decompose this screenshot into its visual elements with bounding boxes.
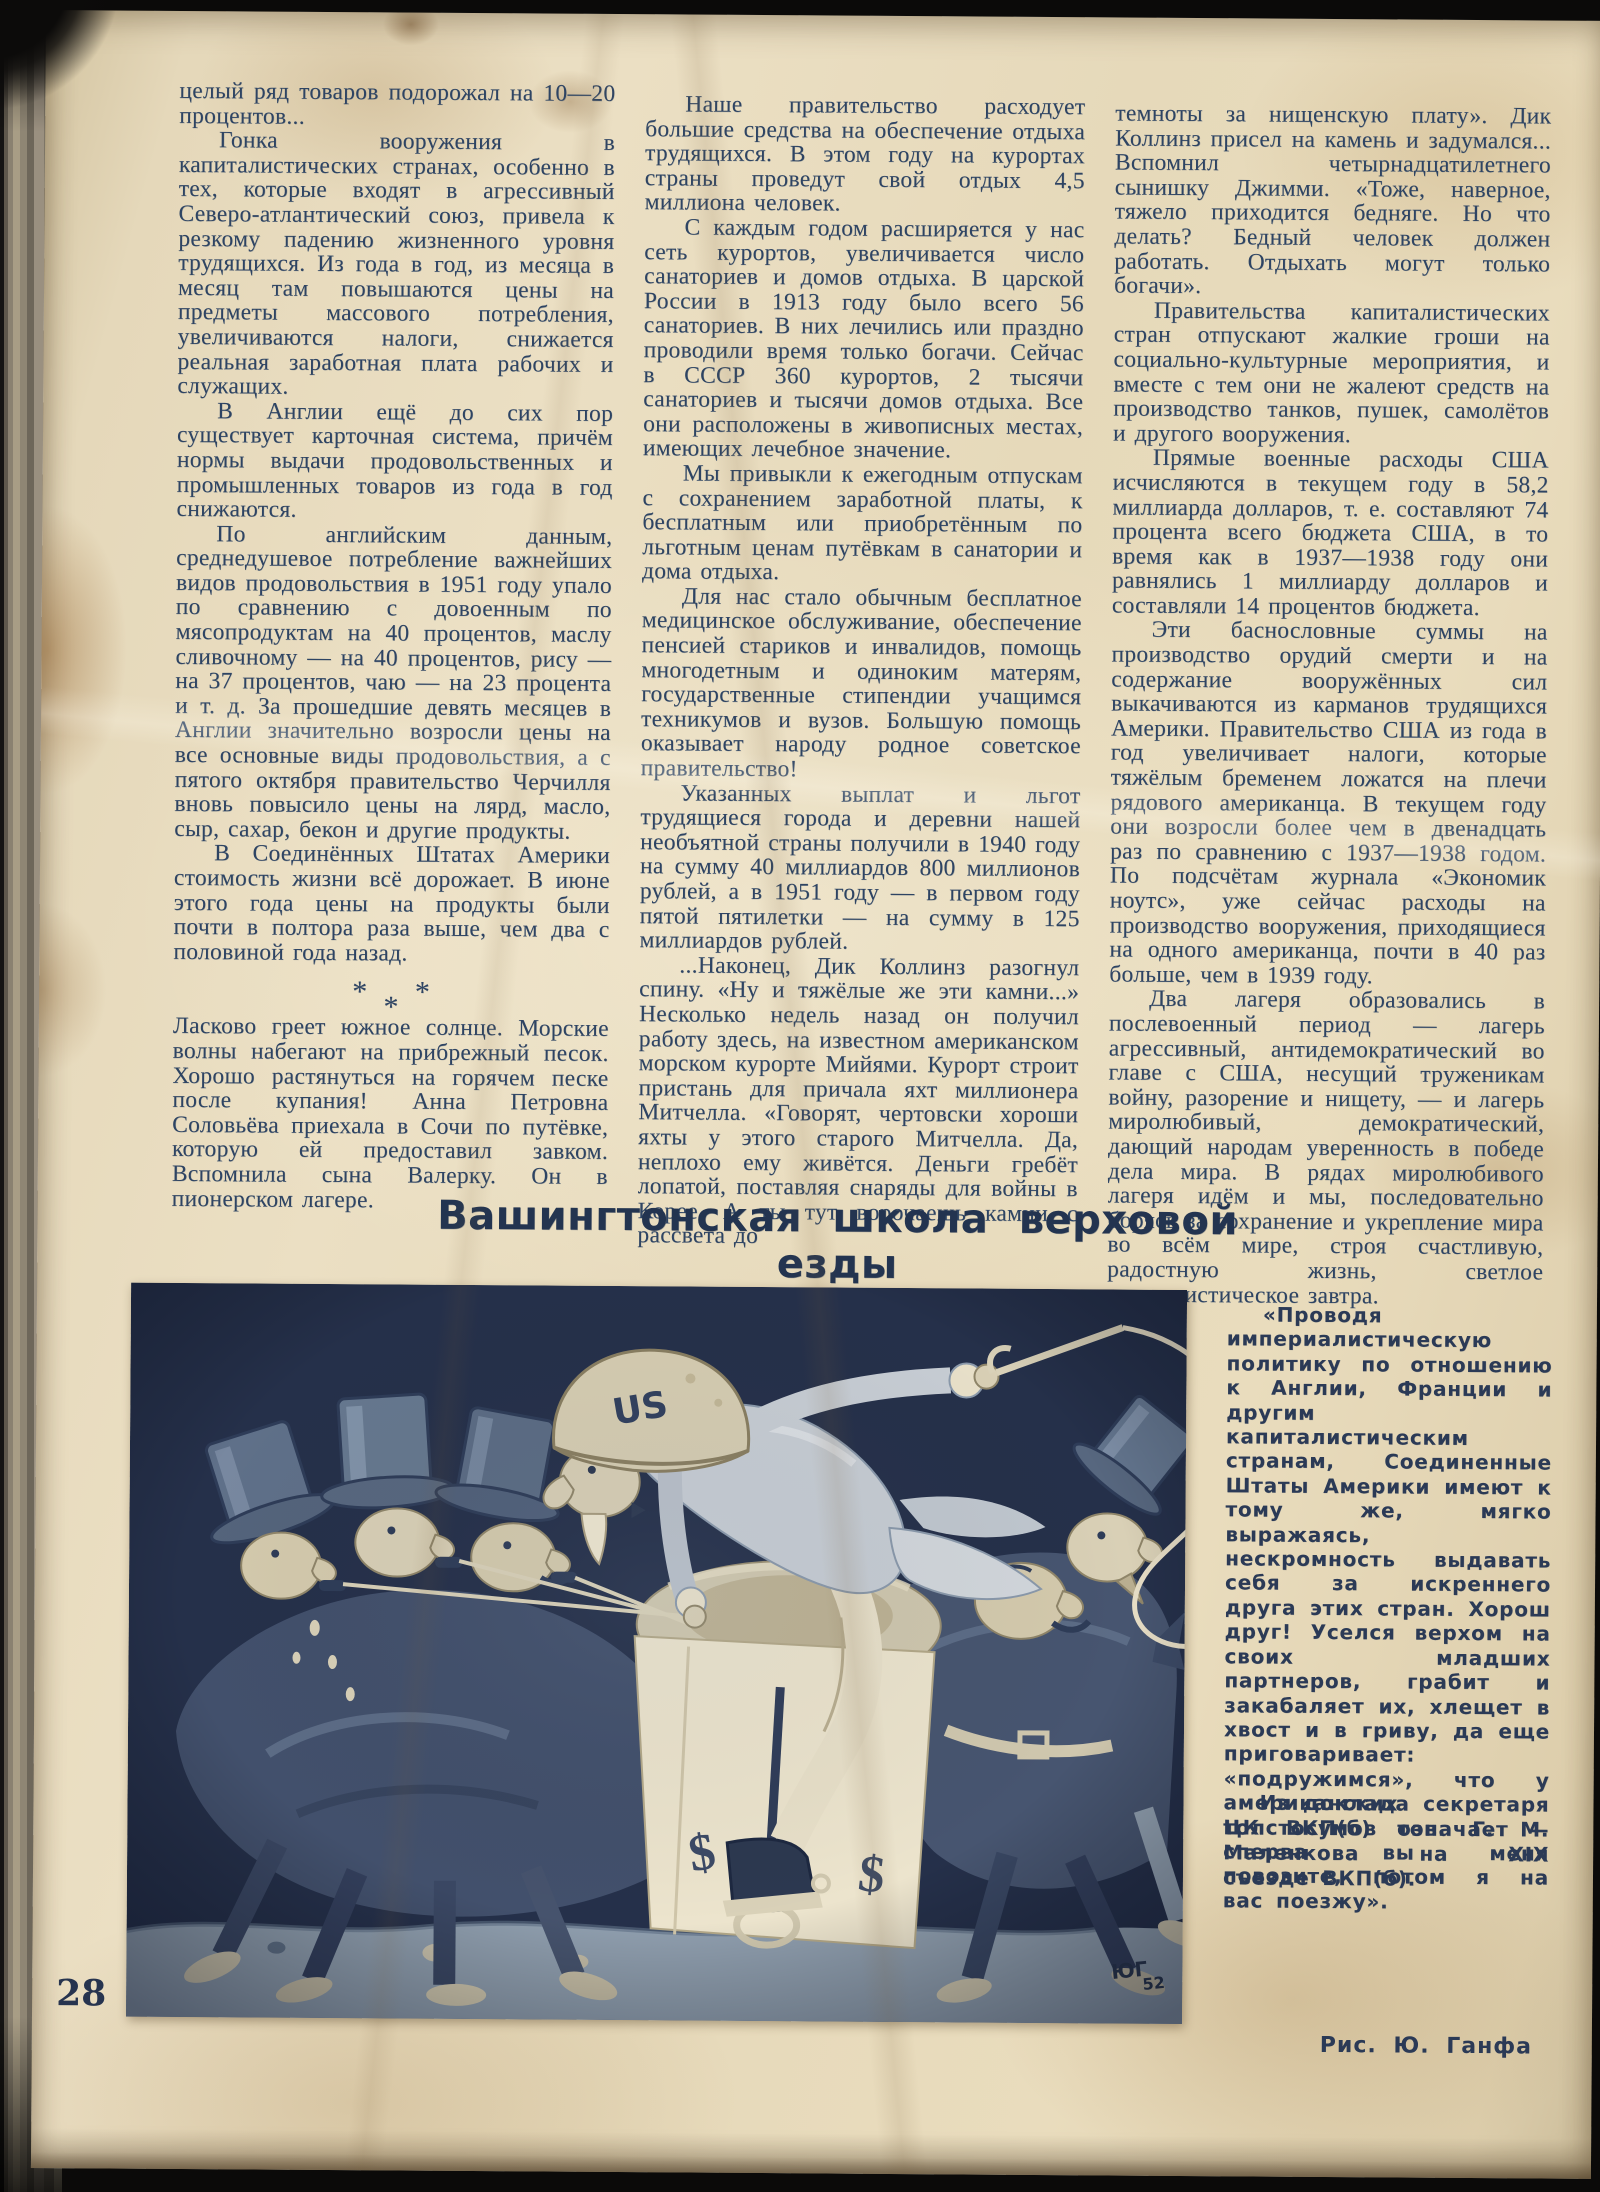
page-number: 28 (56, 1972, 106, 2014)
paragraph: В Англии ещё до сих пор существует карто… (176, 399, 613, 525)
paragraph: Прямые военные расходы США исчисляются в… (1112, 446, 1549, 621)
quote-attribution: Из доклада секретаря ЦК ВКП(б) тов. Г. М… (1223, 1790, 1550, 1892)
cartoon-artist-caption: Рис. Ю. Ганфа (1320, 2033, 1532, 2059)
paragraph: целый ряд товаров подорожал на 10—20 про… (179, 79, 615, 131)
paragraph: темноты за нищенскую плату». Дик Коллинз… (1114, 101, 1551, 301)
paragraph: В Соединённых Штатах Америки стоимость ж… (173, 841, 610, 967)
article-column-right: темноты за нищенскую плату». Дик Коллинз… (1107, 101, 1551, 1309)
asterisk: * (383, 997, 398, 1019)
paragraph: Гонка вооружения в капиталистических стр… (177, 128, 615, 402)
vignette-overlay (126, 1283, 1187, 2024)
paragraph: Наше правительство расходует большие сре… (645, 92, 1086, 218)
paragraph: По английским данным, среднедушевое потр… (174, 522, 612, 845)
paragraph: С каждым годом расширяется у нас сеть ку… (643, 215, 1085, 464)
paragraph: Для нас стало обычным бесплатное медицин… (641, 584, 1082, 784)
political-cartoon: $ $ (126, 1283, 1187, 2024)
paragraph: Ласково греет южное солнце. Морские волн… (172, 1014, 609, 1214)
paragraph: Эти баснословные суммы на производство о… (1109, 618, 1548, 990)
paragraph: Указанных выплат и льгот трудящиеся горо… (639, 781, 1080, 956)
attribution-text: Из доклада секретаря ЦК ВКП(б) тов. Г. М… (1223, 1790, 1550, 1892)
article-column-middle: Наше правительство расходует большие сре… (637, 92, 1085, 1251)
section-divider-asterisks: *** (173, 980, 609, 1005)
paragraph: Правительства капиталистических стран от… (1113, 298, 1550, 449)
cartoon-illustration: $ $ (126, 1283, 1187, 2024)
asterisk: * (415, 982, 430, 1004)
article-column-left: целый ряд товаров подорожал на 10—20 про… (172, 79, 616, 1214)
asterisk: * (352, 982, 367, 1004)
magazine-page: целый ряд товаров подорожал на 10—20 про… (31, 10, 1600, 2179)
paragraph: Мы привыкли к ежегодным отпускам с сохра… (642, 461, 1083, 587)
feature-headline: Вашингтонская школа верховой езды (397, 1192, 1278, 1290)
